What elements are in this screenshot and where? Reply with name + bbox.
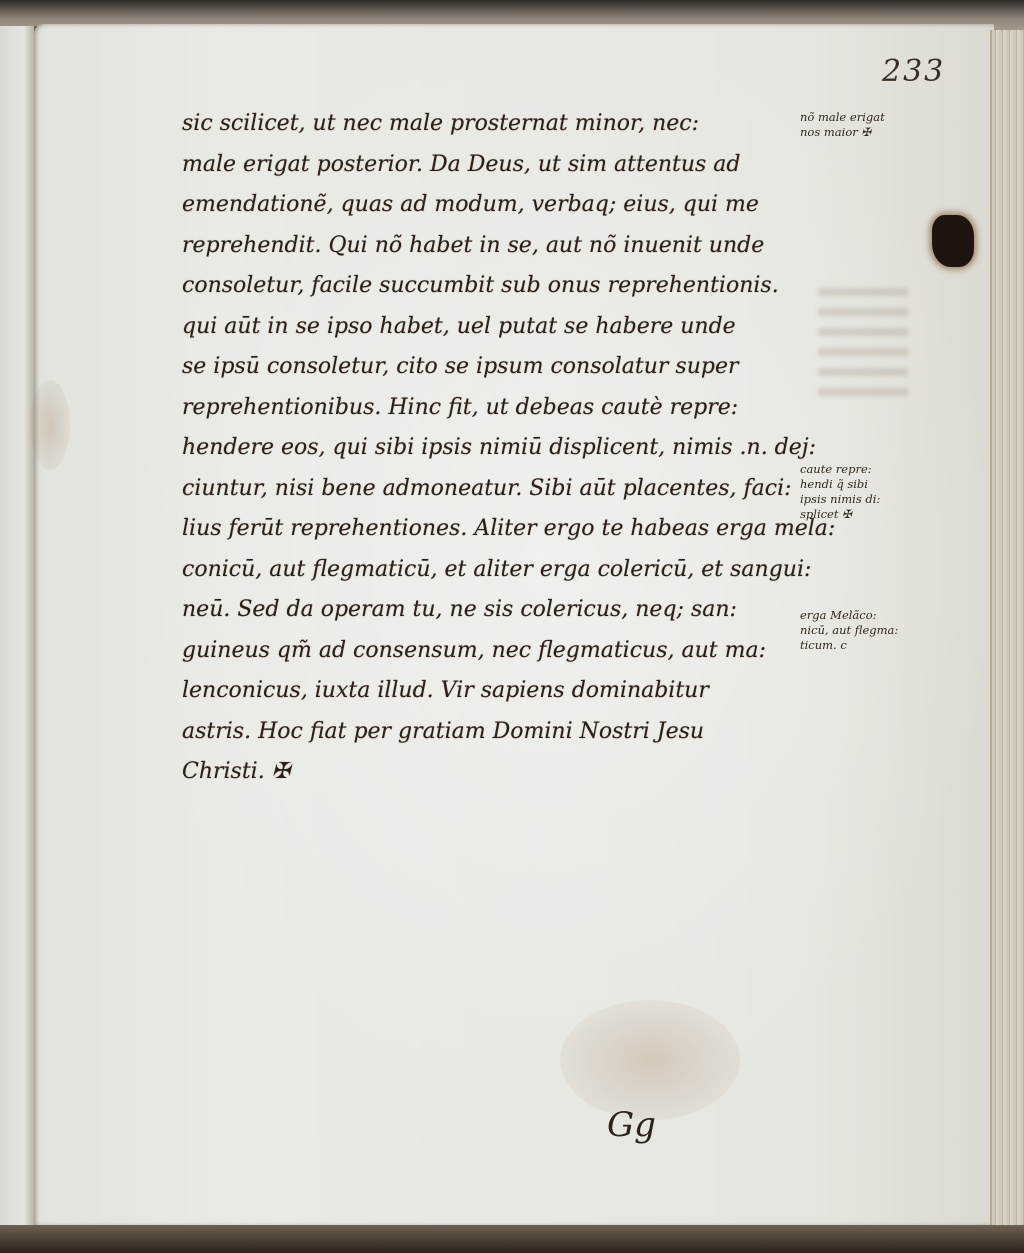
text-line: reprehentionibus. Hinc fit, ut debeas ca… xyxy=(182,388,802,429)
text-line: neū. Sed da operam tu, ne sis colericus,… xyxy=(182,590,802,631)
text-line: reprehendit. Qui nõ habet in se, aut nõ … xyxy=(182,226,802,267)
text-line: Christi. ✠ xyxy=(182,752,802,793)
folio-number: 233 xyxy=(882,54,945,89)
marginal-line: hendi q̃ sibi xyxy=(800,477,880,492)
text-line: guineus qm̃ ad consensum, nec flegmaticu… xyxy=(182,631,802,672)
text-line: ciuntur, nisi bene admoneatur. Sibi aūt … xyxy=(182,469,802,510)
text-line: hendere eos, qui sibi ipsis nimiū displi… xyxy=(182,428,802,469)
page-fore-edge xyxy=(990,30,1024,1226)
catchword-signature: Gg xyxy=(607,1105,656,1145)
text-line: lius ferūt reprehentiones. Aliter ergo t… xyxy=(182,509,802,550)
marginal-line: nõ male erigat xyxy=(800,110,885,125)
facing-page-edge xyxy=(0,26,37,1226)
water-stain xyxy=(30,380,70,470)
text-line: conicū, aut flegmaticū, et aliter erga c… xyxy=(182,550,802,591)
text-line: consoletur, facile succumbit sub onus re… xyxy=(182,266,802,307)
marginal-line: ticum. c xyxy=(800,638,898,653)
marginal-line: nos maior ✠ xyxy=(800,125,885,140)
marginal-line: nicū, aut flegma: xyxy=(800,623,898,638)
marginal-line: splicet ✠ xyxy=(800,507,880,522)
marginal-line: caute repre: xyxy=(800,462,880,477)
marginal-line: erga Melãco: xyxy=(800,608,898,623)
text-line: male erigat posterior. Da Deus, ut sim a… xyxy=(182,145,802,186)
marginal-note-1: nõ male erigat nos maior ✠ xyxy=(800,110,885,140)
bleed-through-text xyxy=(818,288,908,398)
marginal-note-2: caute repre: hendi q̃ sibi ipsis nimis d… xyxy=(800,462,880,522)
book-bottom-edge xyxy=(0,1225,1024,1253)
text-line: astris. Hoc fiat per gratiam Domini Nost… xyxy=(182,712,802,753)
marginal-note-3: erga Melãco: nicū, aut flegma: ticum. c xyxy=(800,608,898,653)
text-line: lenconicus, iuxta illud. Vir sapiens dom… xyxy=(182,671,802,712)
ink-blot xyxy=(932,215,974,267)
text-line: emendationẽ, quas ad modum, verbaq; eius… xyxy=(182,185,802,226)
marginal-line: ipsis nimis di: xyxy=(800,492,880,507)
main-text-block: sic scilicet, ut nec male prosternat min… xyxy=(182,104,802,793)
foxing-stain xyxy=(560,1000,740,1120)
text-line: qui aūt in se ipso habet, uel putat se h… xyxy=(182,307,802,348)
text-line: sic scilicet, ut nec male prosternat min… xyxy=(182,104,802,145)
text-line: se ipsū consoletur, cito se ipsum consol… xyxy=(182,347,802,388)
